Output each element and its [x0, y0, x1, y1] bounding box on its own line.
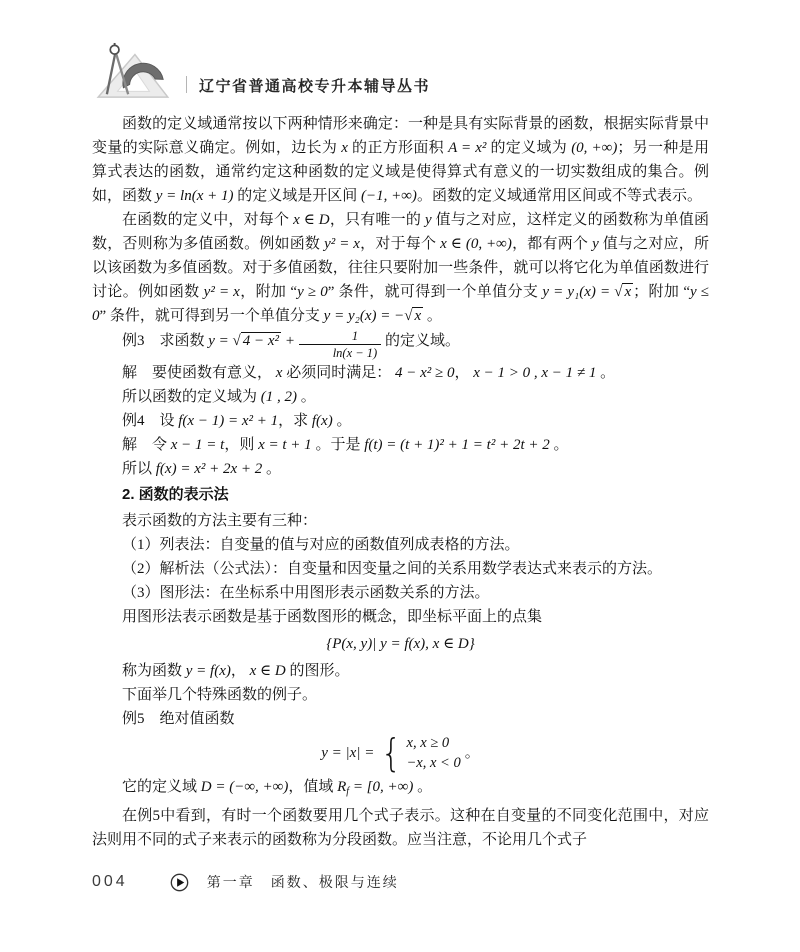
- fraction: 1ln(x − 1): [299, 328, 382, 361]
- math-run: (1 , 2): [261, 389, 297, 405]
- case-row: −x, x < 0: [407, 753, 461, 773]
- text-run: 例5 绝对值函数: [122, 711, 235, 727]
- math-run: x − 1 = t: [171, 437, 225, 453]
- text-run: ，对于每个: [360, 236, 440, 252]
- text-run: ，值域: [288, 779, 337, 795]
- text-run: 。: [297, 389, 316, 405]
- text-run: 解 要使函数有意义，: [122, 365, 276, 381]
- math-run: y = ln(x + 1): [156, 188, 234, 204]
- text-run: ，: [231, 663, 250, 679]
- text-run: 必须同时满足：: [282, 365, 395, 381]
- text-run: （1）列表法：自变量的值与对应的函数值列成表格的方法。: [122, 537, 520, 553]
- math-run: y² = x: [324, 236, 360, 252]
- paragraph: 在例5中看到，有时一个函数要用几个式子表示。这种在自变量的不同变化范围中，对应法…: [92, 804, 709, 852]
- radicand: 4 − x²: [241, 332, 281, 349]
- page-footer: 004 第一章 函数、极限与连续: [92, 872, 399, 892]
- math-run: f(t) = (t + 1)² + 1 = t² + 2t + 2: [364, 437, 550, 453]
- text-run: 在函数的定义中，对每个: [122, 212, 293, 228]
- math-run: y = y₁(x) =: [542, 284, 614, 300]
- chapter-title: 第一章 函数、极限与连续: [207, 872, 399, 892]
- text-run: 的定义域。: [381, 333, 460, 349]
- paragraph: 下面举几个特殊函数的例子。: [92, 683, 709, 707]
- math-run: y: [592, 236, 599, 252]
- math-run: f(x − 1) = x² + 1: [178, 413, 278, 429]
- text-run: 例3 求函数: [122, 333, 208, 349]
- text-run: 。于是: [312, 437, 365, 453]
- content: 函数的定义域通常按以下两种情形来确定：一种是具有实际背景的函数，根据实际背景中变…: [92, 112, 709, 852]
- text-run: 例4 设: [122, 413, 178, 429]
- text-run: ，附加 “: [240, 284, 297, 300]
- math-run: = [0, +∞): [349, 779, 413, 795]
- text-run: ，只有唯一的: [330, 212, 425, 228]
- paragraph: 解 令 x − 1 = t，则 x = t + 1 。于是 f(t) = (t …: [92, 433, 709, 457]
- denominator: ln(x − 1): [299, 345, 382, 361]
- text-run: （2）解析法（公式法）：自变量和因变量之间的关系用数学表达式来表示的方法。: [122, 561, 662, 577]
- math-run: f(x) = x² + 2x + 2: [156, 461, 263, 477]
- piecewise-definition: y = |x| = {x, x ≥ 0−x, x < 0。: [321, 733, 479, 773]
- subscripted-symbol: Rf: [337, 779, 349, 795]
- text-run: 所以函数的定义域为: [122, 389, 261, 405]
- section-heading: 2. 函数的表示法: [92, 482, 709, 508]
- math-run: f(x): [312, 413, 333, 429]
- math-run: {P(x, y)| y = f(x), x ∈ D}: [326, 636, 475, 652]
- play-icon: [170, 873, 189, 892]
- math-run: y² = x: [204, 284, 240, 300]
- case-rows: x, x ≥ 0−x, x < 0: [407, 733, 461, 773]
- math-run: y = y₂(x) = −: [324, 308, 405, 324]
- text-run: 。: [550, 437, 569, 453]
- text-run: 在例5中看到，有时一个函数要用几个式子表示。这种在自变量的不同变化范围中，对应法…: [92, 808, 709, 848]
- text-run: 的正方形面积: [348, 140, 448, 156]
- math-run: 4 − x² ≥ 0: [395, 365, 455, 381]
- radical: √x: [614, 283, 633, 300]
- text-run: ，求: [278, 413, 312, 429]
- math-run: x ∈ D: [293, 212, 330, 228]
- text-run: 的定义域为: [486, 140, 571, 156]
- paragraph: 它的定义域 D = (−∞, +∞)，值域 Rf = [0, +∞) 。: [92, 775, 709, 804]
- math-run: +: [281, 333, 299, 349]
- text-run: 。: [413, 779, 432, 795]
- text-run: 它的定义域: [122, 779, 201, 795]
- text-run: （3）图形法：在坐标系中用图形表示函数关系的方法。: [122, 585, 490, 601]
- paragraph: 称为函数 y = f(x)， x ∈ D 的图形。: [92, 659, 709, 683]
- piecewise-tail: 。: [465, 740, 480, 766]
- paragraph: 函数的定义域通常按以下两种情形来确定：一种是具有实际背景的函数，根据实际背景中变…: [92, 112, 709, 208]
- drawing-tools-logo-icon: [96, 42, 170, 102]
- math-run: A = x²: [448, 140, 486, 156]
- text-run: 的图形。: [286, 663, 350, 679]
- paragraph: 解 要使函数有意义， x 必须同时满足： 4 − x² ≥ 0， x − 1 >…: [92, 361, 709, 385]
- radical: √4 − x²: [233, 332, 282, 349]
- formula-line: y = |x| = {x, x ≥ 0−x, x < 0。: [92, 733, 709, 773]
- paragraph: （2）解析法（公式法）：自变量和因变量之间的关系用数学表达式来表示的方法。: [92, 557, 709, 581]
- paragraph: 例4 设 f(x − 1) = x² + 1，求 f(x) 。: [92, 409, 709, 433]
- paragraph: 用图形法表示函数是基于函数图形的概念，即坐标平面上的点集: [92, 605, 709, 629]
- paragraph: 例5 绝对值函数: [92, 707, 709, 731]
- header-divider: [186, 76, 187, 93]
- book-page: 辽宁省普通高校专升本辅导丛书 函数的定义域通常按以下两种情形来确定：一种是具有实…: [0, 0, 800, 952]
- math-run: x: [341, 140, 348, 156]
- text-run: 的定义域是开区间: [233, 188, 361, 204]
- paragraph: 例3 求函数 y = √4 − x² + 1ln(x − 1) 的定义域。: [92, 328, 709, 361]
- paragraph: （3）图形法：在坐标系中用图形表示函数关系的方法。: [92, 581, 709, 605]
- paragraph: 所以函数的定义域为 (1 , 2) 。: [92, 385, 709, 409]
- text-run: 称为函数: [122, 663, 186, 679]
- math-run: x = t + 1: [258, 437, 312, 453]
- text-run: ；附加 “: [633, 284, 690, 300]
- left-brace: {: [381, 734, 402, 772]
- page-number: 004: [92, 873, 128, 891]
- paragraph: 所以 f(x) = x² + 2x + 2 。: [92, 457, 709, 481]
- math-run: x − 1 > 0 , x − 1 ≠ 1: [473, 365, 596, 381]
- series-title: 辽宁省普通高校专升本辅导丛书: [199, 75, 430, 102]
- paragraph: （1）列表法：自变量的值与对应的函数值列成表格的方法。: [92, 533, 709, 557]
- page-header: 辽宁省普通高校专升本辅导丛书: [96, 42, 430, 102]
- case-row: x, x ≥ 0: [407, 733, 461, 753]
- radical-symbol: √: [233, 333, 241, 349]
- text-run: 。函数的定义域通常用区间或不等式表示。: [417, 188, 702, 204]
- text-run: 用图形法表示函数是基于函数图形的概念，即坐标平面上的点集: [122, 609, 542, 625]
- math-run: y = f(x): [186, 663, 231, 679]
- text-run: 所以: [122, 461, 156, 477]
- text-run: ，都有两个: [512, 236, 592, 252]
- math-run: D = (−∞, +∞): [201, 779, 289, 795]
- text-run: 。: [333, 413, 352, 429]
- text-run: ，则: [224, 437, 258, 453]
- math-run: x ∈ D: [250, 663, 286, 679]
- math-run: x ∈ (0, +∞): [440, 236, 512, 252]
- text-run: 2. 函数的表示法: [122, 486, 229, 503]
- text-run: ” 条件，就可得到一个单值分支: [328, 284, 543, 300]
- paragraph: 表示函数的方法主要有三种：: [92, 509, 709, 533]
- paragraph: 在函数的定义中，对每个 x ∈ D，只有唯一的 y 值与之对应，这样定义的函数称…: [92, 208, 709, 328]
- radicand: x: [622, 283, 633, 300]
- text-run: 。: [423, 308, 442, 324]
- text-run: 解 令: [122, 437, 171, 453]
- text-run: 下面举几个特殊函数的例子。: [122, 687, 317, 703]
- formula-line: {P(x, y)| y = f(x), x ∈ D}: [92, 631, 709, 657]
- text-run: 表示函数的方法主要有三种：: [122, 513, 317, 529]
- subscript-base: R: [337, 779, 346, 795]
- text-run: ” 条件，就可得到另一个单值分支: [100, 308, 324, 324]
- text-run: ，: [454, 365, 473, 381]
- math-run: (0, +∞): [571, 140, 617, 156]
- math-run: y ≥ 0: [297, 284, 328, 300]
- text-run: 。: [596, 365, 615, 381]
- radical: √x: [404, 307, 423, 324]
- math-run: y: [425, 212, 432, 228]
- piecewise-lhs: y = |x| =: [321, 740, 374, 766]
- text-run: 。: [262, 461, 281, 477]
- math-run: (−1, +∞): [361, 188, 417, 204]
- numerator: 1: [299, 328, 382, 345]
- radicand: x: [412, 307, 423, 324]
- math-run: y =: [208, 333, 232, 349]
